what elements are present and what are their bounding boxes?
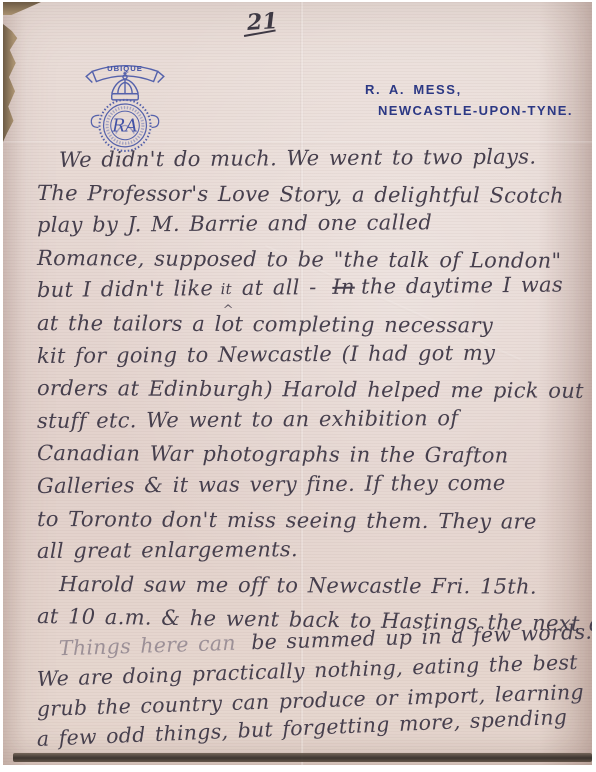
torn-paper-left-edge <box>3 24 18 142</box>
handwritten-line: but I didn't likeit^at all - Inthe dayti… <box>37 273 582 311</box>
crest-motto: UBIQUE <box>107 64 143 73</box>
handwritten-line: Harold saw me off to Newcastle Fri. 15th… <box>37 572 582 607</box>
handwritten-line: all great enlargements. <box>37 535 582 571</box>
handwritten-letter-body: We didn't do much. We went to two plays.… <box>37 148 582 757</box>
letterhead-name: R. A. MESS, <box>365 82 573 97</box>
inserted-word: it <box>220 280 232 298</box>
torn-paper-corner <box>3 2 41 15</box>
struck-word: In <box>332 275 355 299</box>
handwritten-line: play by J. M. Barrie and one called <box>37 209 582 245</box>
faded-words: Things here can <box>59 631 237 661</box>
letter-scan: 21 UBIQUE RA R. A. MESS, NEWCASTLE-UPON-… <box>3 2 592 765</box>
paper-bottom-shadow-edge <box>13 753 592 762</box>
handwritten-line: stuff etc. We went to an exhibition of <box>37 405 582 441</box>
crest-monogram: RA <box>111 117 138 137</box>
regimental-crest: UBIQUE RA <box>77 56 173 154</box>
printed-letterhead: R. A. MESS, NEWCASTLE-UPON-TYNE. <box>365 82 573 118</box>
handwritten-line: We didn't do much. We went to two plays. <box>37 144 582 180</box>
letterhead-city: NEWCASTLE-UPON-TYNE. <box>365 103 573 118</box>
handwritten-line: kit for going to Newcastle (I had got my <box>37 340 582 376</box>
page-number: 21 <box>246 8 278 35</box>
handwritten-line: Galleries & it was very fine. If they co… <box>37 470 582 506</box>
